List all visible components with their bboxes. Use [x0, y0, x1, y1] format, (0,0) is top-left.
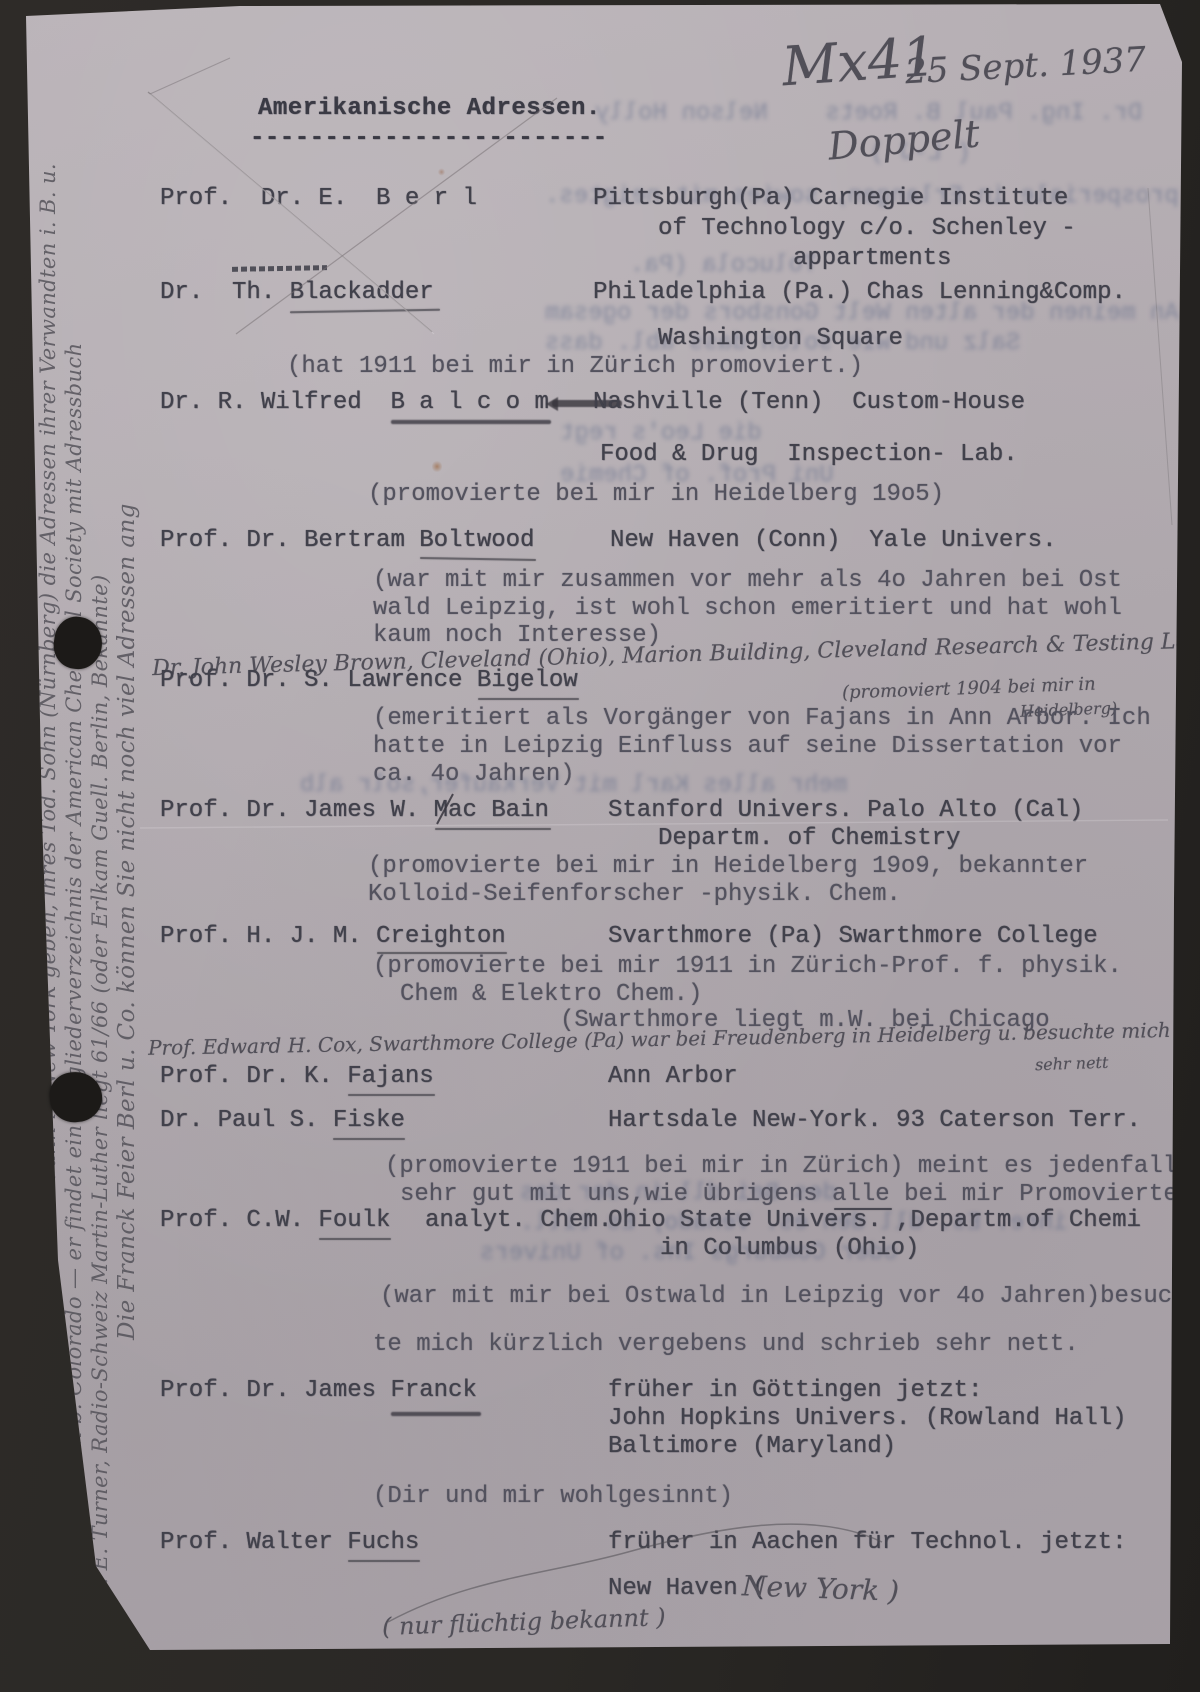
rust-stain [432, 460, 442, 473]
pencil-underline-balcom [391, 420, 551, 424]
entry-macbain-note-2: Kolloid-Seifenforscher -physik. Chem. [368, 882, 901, 907]
entry-boltwood-name: Prof. Dr. Bertram Boltwood [160, 528, 534, 553]
entry-creighton-address-1: Svarthmore (Pa) Swarthmore College [608, 924, 1098, 949]
entry-creighton-note-1: (promovierte bei mir 1911 in Zürich-Prof… [373, 954, 1122, 979]
entry-cox-note: sehr nett [1035, 1053, 1109, 1075]
entry-blackadder-name: Dr. Th. Blackadder [160, 280, 434, 305]
entry-franck-address-2: John Hopkins Univers. (Rowland Hall) [608, 1406, 1126, 1431]
entry-balcom-address-2: Food & Drug Inspection- Lab. [600, 442, 1018, 467]
entry-fiske-note-1: (promovierte 1911 bei mir in Zürich) mei… [385, 1154, 1177, 1179]
entry-balcom-address-1: Nashville (Tenn) Custom-House [593, 390, 1025, 415]
entry-balcom-note: (promovierte bei mir in Heidelberg 19o5) [368, 482, 944, 507]
page-title-underline: ------------------------ [250, 126, 608, 151]
paper-sheet: Dr. Ing. Paul B. Roets Nelson Holly ( L-… [0, 0, 1200, 1692]
entry-boltwood-address-1: New Haven (Conn) Yale Univers. [610, 528, 1056, 553]
entry-berl-name: Prof. Dr. E. B e r l [160, 186, 477, 211]
entry-fajans-name: Prof. Dr. K. Fajans [160, 1064, 434, 1089]
margin-note-vertical: wichtig wollte die die Adressen nur dann… [36, 330, 140, 1640]
entry-blackadder-address-2: Washington Square [658, 326, 903, 351]
entry-foulk-address-1: Ohio State Univers. ,Departm.of Chemi [608, 1208, 1141, 1233]
entry-fiske-note-2: sehr gut mit uns,wie übrigens alle bei m… [400, 1182, 1178, 1207]
entry-bigelow-note-1: (emeritiert als Vorgänger von Fajans in … [373, 706, 1151, 731]
entry-bigelow-name: Prof. Dr. S. Lawrence Bigelow [160, 668, 578, 693]
entry-macbain-note-1: (promovierte bei mir in Heidelberg 19o9,… [368, 854, 1088, 879]
entry-berl-address-1: Pittsburgh(Pa) Carnegie Institute [593, 186, 1068, 211]
pencil-underline-franck [391, 1412, 481, 1416]
bleedthrough-text: Tolucola (Pa. [630, 252, 817, 279]
entry-boltwood-note-2: wald Leipzig, ist wohl schon emeritiert … [373, 596, 1122, 621]
entry-balcom-name: Dr. R. Wilfred B a l c o m [160, 390, 549, 415]
entry-fajans-address: Ann Arbor [608, 1064, 738, 1089]
entry-franck-address-3: Baltimore (Maryland) [608, 1434, 896, 1459]
pencil-underline-fiske [333, 1138, 405, 1140]
entry-foulk-address-2: in Columbus (Ohio) [660, 1236, 919, 1261]
pencil-underline-foulk [319, 1238, 391, 1240]
entry-creighton-name: Prof. H. J. M. Creighton [160, 924, 506, 949]
pencil-underline-boltwood [420, 557, 536, 561]
pencil-arrowhead [546, 397, 558, 411]
entry-brown-note-1: (promoviert 1904 bei mir in [842, 674, 1096, 704]
entry-macbain-address-2: Departm. of Chemistry [658, 826, 960, 851]
entry-macbain-address-1: Stanford Univers. Palo Alto (Cal) [608, 798, 1083, 823]
margin-note-line: vermutlich auch b. Colorado — er findet … [62, 330, 86, 1640]
rust-stain [438, 168, 445, 176]
entry-foulk-qualifier: analyt. Chem. [425, 1208, 612, 1233]
pencil-underline-fajans [348, 1094, 435, 1096]
entry-boltwood-note-1: (war mit mir zusammen vor mehr als 4o Ja… [373, 568, 1122, 593]
entry-fuchs-handwritten-note: ( nur flüchtig bekannt ) [382, 1603, 666, 1641]
scanned-document-page: Dr. Ing. Paul B. Roets Nelson Holly ( L-… [0, 0, 1200, 1692]
pencil-underline-macbain [435, 828, 551, 830]
entry-fuchs-name: Prof. Walter Fuchs [160, 1530, 419, 1555]
entry-franck-name: Prof. Dr. James Franck [160, 1378, 477, 1403]
entry-foulk-note-2: te mich kürzlich vergebens und schrieb s… [373, 1332, 1079, 1357]
margin-note-line: Die Franck Feier Berl u. Co. können Sie … [114, 330, 140, 1640]
entry-fiske-address: Hartsdale New-York. 93 Caterson Terr. [608, 1108, 1141, 1133]
date-handwritten: 25 Sept. 1937 [904, 40, 1147, 93]
entry-franck-address-1: früher in Göttingen jetzt: [608, 1378, 982, 1403]
entry-foulk-note-1: (war mit mir bei Ostwald in Leipzig vor … [380, 1284, 1172, 1309]
entry-fuchs-address-1: früher in Aachen für Technol. jetzt: [608, 1530, 1126, 1555]
pencil-underline-fuchs [348, 1560, 420, 1562]
entry-blackadder-note: (hat 1911 bei mir in Zürich promoviert.) [287, 354, 863, 379]
pencil-underline-bigelow [478, 698, 579, 700]
entry-fuchs-handwritten-suffix: New York ) [741, 1569, 899, 1607]
margin-note-line: Prof. E. Turner, Radio-Schweiz Martin-Lu… [88, 330, 112, 1640]
entry-berl-address-2: of Technology c/o. Schenley - [658, 216, 1076, 241]
entry-foulk-name: Prof. C.W. Foulk [160, 1208, 390, 1233]
entry-berl-address-3: appartments [793, 246, 951, 271]
entry-bigelow-note-3: ca. 4o Jahren) [373, 762, 575, 787]
entry-bigelow-note-2: hatte in Leipzig Einfluss auf seine Diss… [373, 734, 1122, 759]
entry-blackadder-address-1: Philadelphia (Pa.) Chas Lenning&Comp. [593, 280, 1126, 305]
pencil-underline-blackadder [290, 309, 440, 314]
entry-fiske-name: Dr. Paul S. Fiske [160, 1108, 405, 1133]
entry-creighton-note-2: Chem & Elektro Chem.) [400, 982, 702, 1007]
typed-strikeout-mark [232, 265, 327, 272]
page-title: Amerikanische Adressen. [258, 96, 601, 121]
entry-macbain-name: Prof. Dr. James W. Mac Bain [160, 798, 549, 823]
margin-note-line: wichtig wollte die die Adressen nur dann… [36, 330, 60, 1640]
entry-franck-note: (Dir und mir wohlgesinnt) [373, 1484, 733, 1509]
